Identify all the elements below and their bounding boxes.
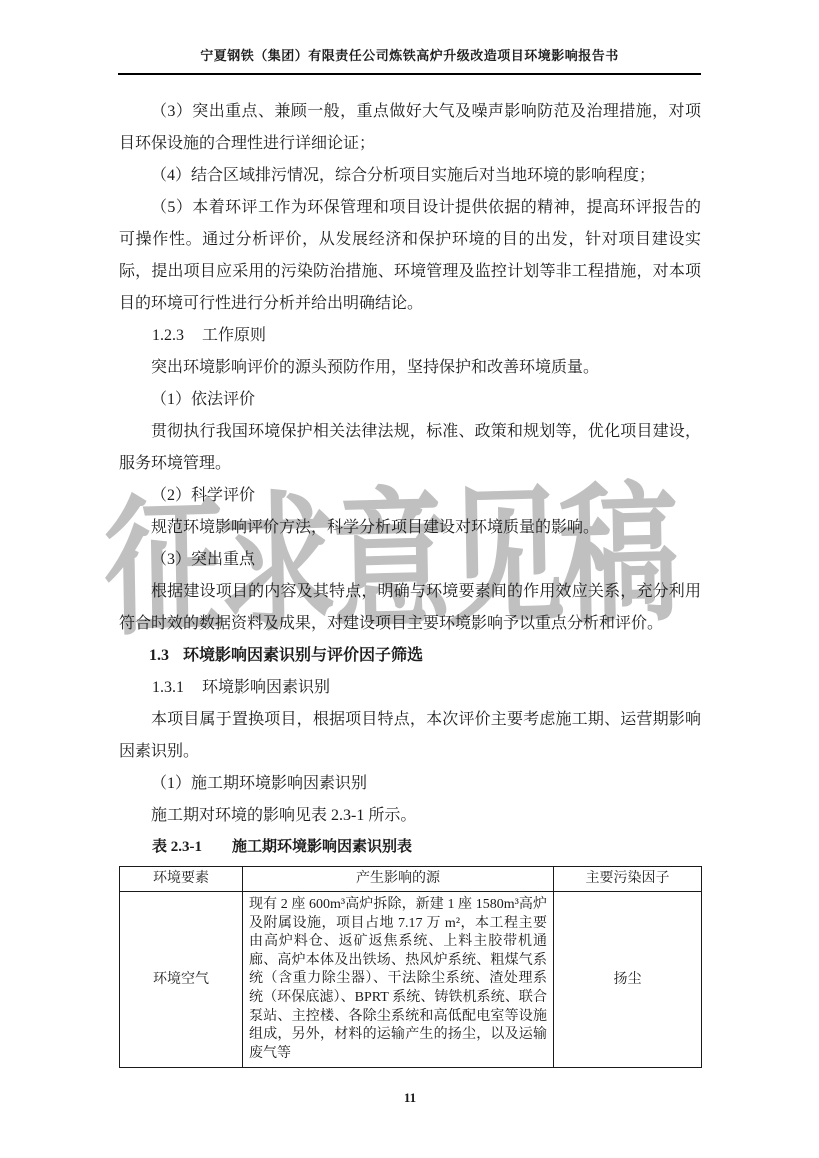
- page-number: 11: [119, 1082, 701, 1114]
- document-page: 征求意见稿 宁夏钢铁（集团）有限责任公司炼铁高炉升级改造项目环境影响报告书 （3…: [0, 0, 819, 1158]
- paragraph: （4）结合区域排污情况，综合分析项目实施后对当地环境的影响程度；: [119, 160, 701, 192]
- heading-1-2-3: 1.2.3工作原则: [119, 320, 701, 352]
- cell-environment-element: 环境空气: [120, 892, 243, 1068]
- paragraph: （2）科学评价: [119, 480, 701, 512]
- table-caption-label: 表 2.3-1: [152, 839, 202, 855]
- paragraph: （1）施工期环境影响因素识别: [119, 768, 701, 800]
- table-caption: 表 2.3-1施工期环境影响因素识别表: [119, 832, 701, 862]
- heading-title: 环境影响因素识别与评价因子筛选: [183, 647, 423, 664]
- table-caption-title: 施工期环境影响因素识别表: [232, 839, 412, 855]
- table-header-source: 产生影响的源: [243, 867, 554, 892]
- heading-1-3: 1.3环境影响因素识别与评价因子筛选: [119, 640, 701, 672]
- cell-main-pollutant: 扬尘: [554, 892, 702, 1068]
- paragraph: （5）本着环评工作为环保管理和项目设计提供依据的精神，提高环评报告的可操作性。通…: [119, 192, 701, 320]
- paragraph: 贯彻执行我国环境保护相关法律法规，标准、政策和规划等，优化项目建设，服务环境管理…: [119, 416, 701, 480]
- heading-number: 1.3: [149, 640, 169, 672]
- paragraph: 根据建设项目的内容及其特点，明确与环境要素间的作用效应关系，充分利用符合时效的数…: [119, 576, 701, 640]
- paragraph: 施工期对环境的影响见表 2.3-1 所示。: [119, 800, 701, 832]
- paragraph: （1）依法评价: [119, 384, 701, 416]
- document-body: （3）突出重点、兼顾一般，重点做好大气及噪声影响防范及治理措施，对项目环保设施的…: [119, 96, 701, 1114]
- table-header-pollutant: 主要污染因子: [554, 867, 702, 892]
- cell-impact-source: 现有 2 座 600m³高炉拆除，新建 1 座 1580m³高炉及附属设施，项目…: [243, 892, 554, 1068]
- impact-factors-table: 环境要素 产生影响的源 主要污染因子 环境空气 现有 2 座 600m³高炉拆除…: [119, 866, 702, 1068]
- table-header-row: 环境要素 产生影响的源 主要污染因子: [120, 867, 702, 892]
- paragraph: 本项目属于置换项目，根据项目特点，本次评价主要考虑施工期、运营期影响因素识别。: [119, 704, 701, 768]
- heading-title: 工作原则: [202, 327, 266, 344]
- heading-number: 1.3.1: [152, 672, 184, 704]
- paragraph: 规范环境影响评价方法，科学分析项目建设对环境质量的影响。: [119, 512, 701, 544]
- heading-number: 1.2.3: [152, 320, 184, 352]
- paragraph: （3）突出重点: [119, 544, 701, 576]
- heading-title: 环境影响因素识别: [202, 679, 330, 696]
- table-row: 环境空气 现有 2 座 600m³高炉拆除，新建 1 座 1580m³高炉及附属…: [120, 892, 702, 1068]
- paragraph: 突出环境影响评价的源头预防作用，坚持保护和改善环境质量。: [119, 352, 701, 384]
- paragraph: （3）突出重点、兼顾一般，重点做好大气及噪声影响防范及治理措施，对项目环保设施的…: [119, 96, 701, 160]
- table-header-element: 环境要素: [120, 867, 243, 892]
- heading-1-3-1: 1.3.1环境影响因素识别: [119, 672, 701, 704]
- page-header-title: 宁夏钢铁（集团）有限责任公司炼铁高炉升级改造项目环境影响报告书: [118, 48, 701, 75]
